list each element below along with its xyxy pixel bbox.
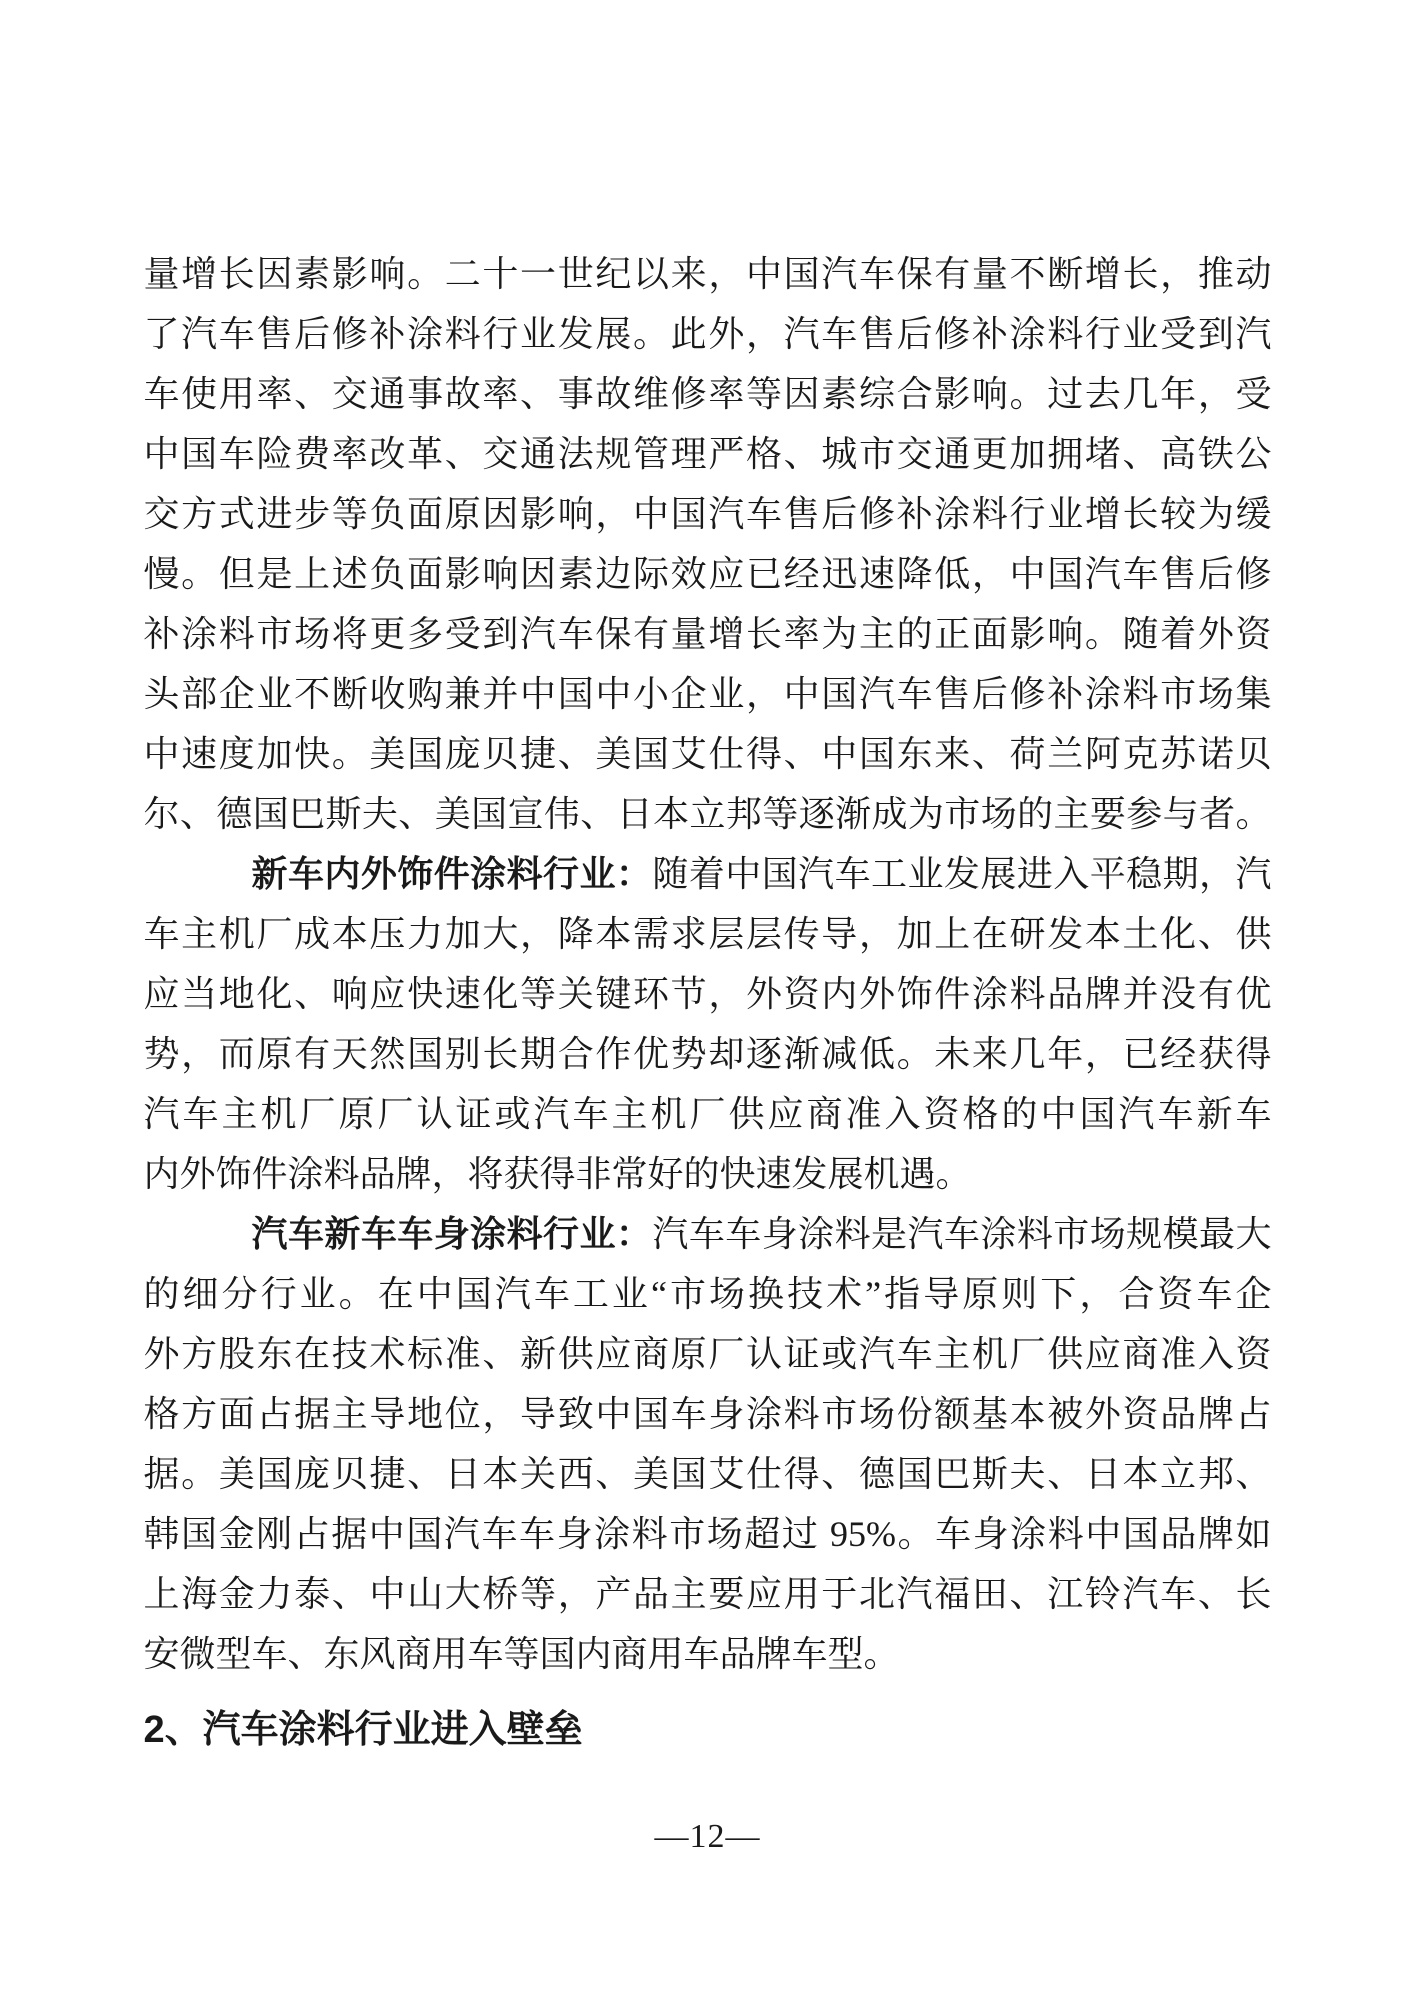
text-line: 中速度加快。美国庞贝捷、美国艾仕得、中国东来、荷兰阿克苏诺贝 <box>144 724 1272 784</box>
text-line: 量增长因素影响。二十一世纪以来，中国汽车保有量不断增长，推动 <box>144 244 1272 304</box>
page-number: —12— <box>655 1818 761 1855</box>
document-page: 量增长因素影响。二十一世纪以来，中国汽车保有量不断增长，推动 了汽车售后修补涂料… <box>0 0 1415 2000</box>
text-line: 中国车险费率改革、交通法规管理严格、城市交通更加拥堵、高铁公 <box>144 424 1272 484</box>
page-footer: —12— <box>0 1818 1415 1856</box>
paragraph-lead-bold: 新车内外饰件涂料行业： <box>252 853 653 894</box>
text-line: 安微型车、东风商用车等国内商用车品牌车型。 <box>144 1624 1272 1684</box>
text-line: 尔、德国巴斯夫、美国宣伟、日本立邦等逐渐成为市场的主要参与者。 <box>144 784 1272 844</box>
text-line: 内外饰件涂料品牌，将获得非常好的快速发展机遇。 <box>144 1144 1272 1204</box>
section-heading: 2、汽车涂料行业进入壁垒 <box>144 1700 1272 1760</box>
text-line: 车主机厂成本压力加大，降本需求层层传导，加上在研发本土化、供 <box>144 904 1272 964</box>
text-line: 势，而原有天然国别长期合作优势却逐渐减低。未来几年，已经获得 <box>144 1024 1272 1084</box>
text-line: 的细分行业。在中国汽车工业“市场换技术”指导原则下，合资车企 <box>144 1264 1272 1324</box>
text-line: 头部企业不断收购兼并中国中小企业，中国汽车售后修补涂料市场集 <box>144 664 1272 724</box>
text-line: 慢。但是上述负面影响因素边际效应已经迅速降低，中国汽车售后修 <box>144 544 1272 604</box>
paragraph-lead-rest: 汽车车身涂料是汽车涂料市场规模最大 <box>652 1214 1271 1254</box>
text-line: 补涂料市场将更多受到汽车保有量增长率为主的正面影响。随着外资 <box>144 604 1272 664</box>
paragraph-lead-rest: 随着中国汽车工业发展进入平稳期，汽 <box>652 854 1271 894</box>
text-line: 了汽车售后修补涂料行业发展。此外，汽车售后修补涂料行业受到汽 <box>144 304 1272 364</box>
paragraph-first-line: 新车内外饰件涂料行业：随着中国汽车工业发展进入平稳期，汽 <box>144 844 1272 904</box>
text-line: 汽车主机厂原厂认证或汽车主机厂供应商准入资格的中国汽车新车 <box>144 1084 1272 1144</box>
text-line: 外方股东在技术标准、新供应商原厂认证或汽车主机厂供应商准入资 <box>144 1324 1272 1384</box>
text-line: 交方式进步等负面原因影响，中国汽车售后修补涂料行业增长较为缓 <box>144 484 1272 544</box>
text-line: 韩国金刚占据中国汽车车身涂料市场超过 95%。车身涂料中国品牌如 <box>144 1504 1272 1564</box>
paragraph-lead-bold: 汽车新车车身涂料行业： <box>252 1213 653 1254</box>
text-line: 格方面占据主导地位，导致中国车身涂料市场份额基本被外资品牌占 <box>144 1384 1272 1444</box>
text-line: 应当地化、响应快速化等关键环节，外资内外饰件涂料品牌并没有优 <box>144 964 1272 1024</box>
text-line: 上海金力泰、中山大桥等，产品主要应用于北汽福田、江铃汽车、长 <box>144 1564 1272 1624</box>
paragraph-first-line: 汽车新车车身涂料行业：汽车车身涂料是汽车涂料市场规模最大 <box>144 1204 1272 1264</box>
text-line: 车使用率、交通事故率、事故维修率等因素综合影响。过去几年，受 <box>144 364 1272 424</box>
text-column: 量增长因素影响。二十一世纪以来，中国汽车保有量不断增长，推动 了汽车售后修补涂料… <box>144 0 1272 1760</box>
text-line: 据。美国庞贝捷、日本关西、美国艾仕得、德国巴斯夫、日本立邦、 <box>144 1444 1272 1504</box>
